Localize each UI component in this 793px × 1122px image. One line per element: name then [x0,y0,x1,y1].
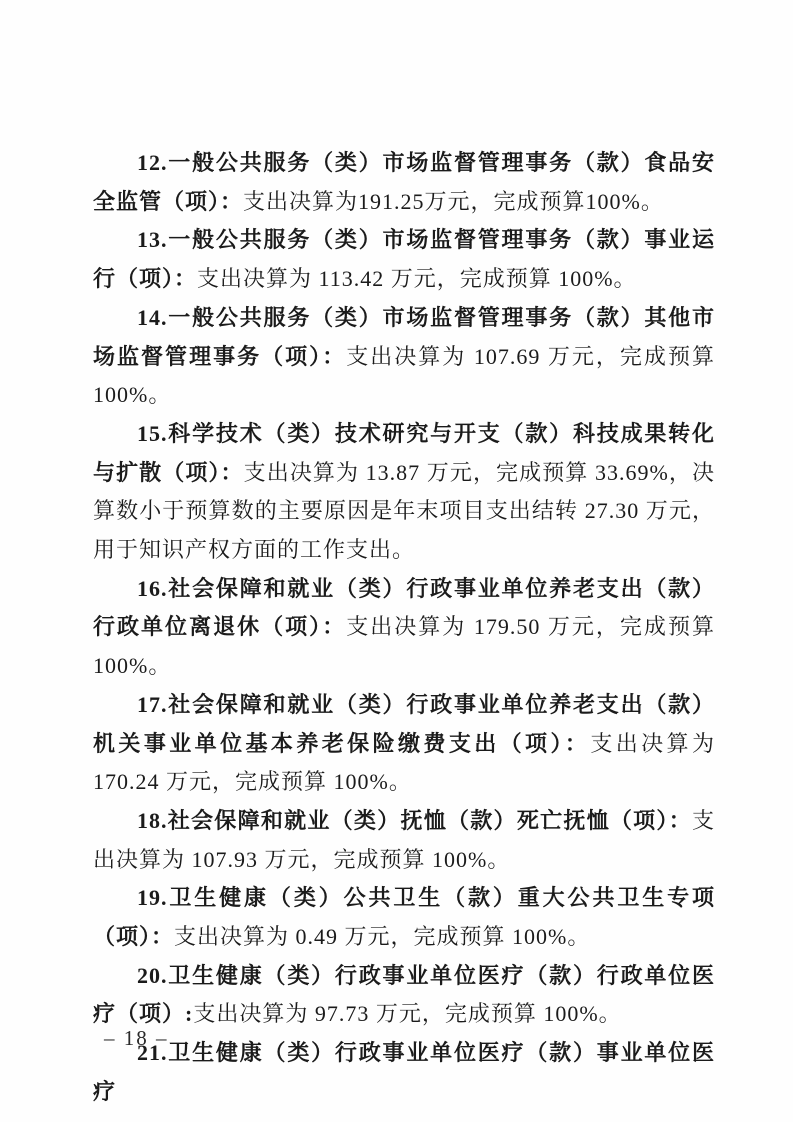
paragraph-item-15: 15.科学技术（类）技术研究与开支（款）科技成果转化与扩散（项）：支出决算为 1… [93,415,715,570]
paragraph-body: 支出决算为 113.42 万元，完成预算 100%。 [197,266,637,291]
paragraph-body: 支出决算为 97.73 万元，完成预算 100%。 [193,1001,621,1026]
page-footer: – 18 – [104,1026,169,1051]
paragraph-item-14: 14.一般公共服务（类）市场监督管理事务（款）其他市场监督管理事务（项）：支出决… [93,299,715,415]
paragraph-item-16: 16.社会保障和就业（类）行政事业单位养老支出（款）行政单位离退休（项）：支出决… [93,570,715,686]
paragraph-item-21: 21.卫生健康（类）行政事业单位医疗（款）事业单位医疗 [93,1034,715,1111]
paragraph-body: 支出决算为191.25万元，完成预算100%。 [243,189,664,214]
paragraph-item-19: 19.卫生健康（类）公共卫生（款）重大公共卫生专项（项）：支出决算为 0.49 … [93,879,715,956]
paragraph-item-18: 18.社会保障和就业（类）抚恤（款）死亡抚恤（项）：支出决算为 107.93 万… [93,802,715,879]
page-number: – 18 – [104,1026,169,1050]
paragraph-item-17: 17.社会保障和就业（类）行政事业单位养老支出（款）机关事业单位基本养老保险缴费… [93,686,715,802]
paragraph-heading: 18.社会保障和就业（类）抚恤（款）死亡抚恤（项）： [137,808,692,833]
paragraph-item-12: 12.一般公共服务（类）市场监督管理事务（款）食品安全监管（项）：支出决算为19… [93,144,715,221]
paragraph-item-20: 20.卫生健康（类）行政事业单位医疗（款）行政单位医疗（项）:支出决算为 97.… [93,957,715,1034]
document-body-text: 12.一般公共服务（类）市场监督管理事务（款）食品安全监管（项）：支出决算为19… [93,144,715,1112]
document-page: 12.一般公共服务（类）市场监督管理事务（款）食品安全监管（项）：支出决算为19… [0,0,793,1122]
paragraph-item-13: 13.一般公共服务（类）市场监督管理事务（款）事业运行（项）：支出决算为 113… [93,221,715,298]
paragraph-heading: 21.卫生健康（类）行政事业单位医疗（款）事业单位医疗 [93,1040,715,1104]
paragraph-body: 支出决算为 0.49 万元，完成预算 100%。 [174,924,590,949]
